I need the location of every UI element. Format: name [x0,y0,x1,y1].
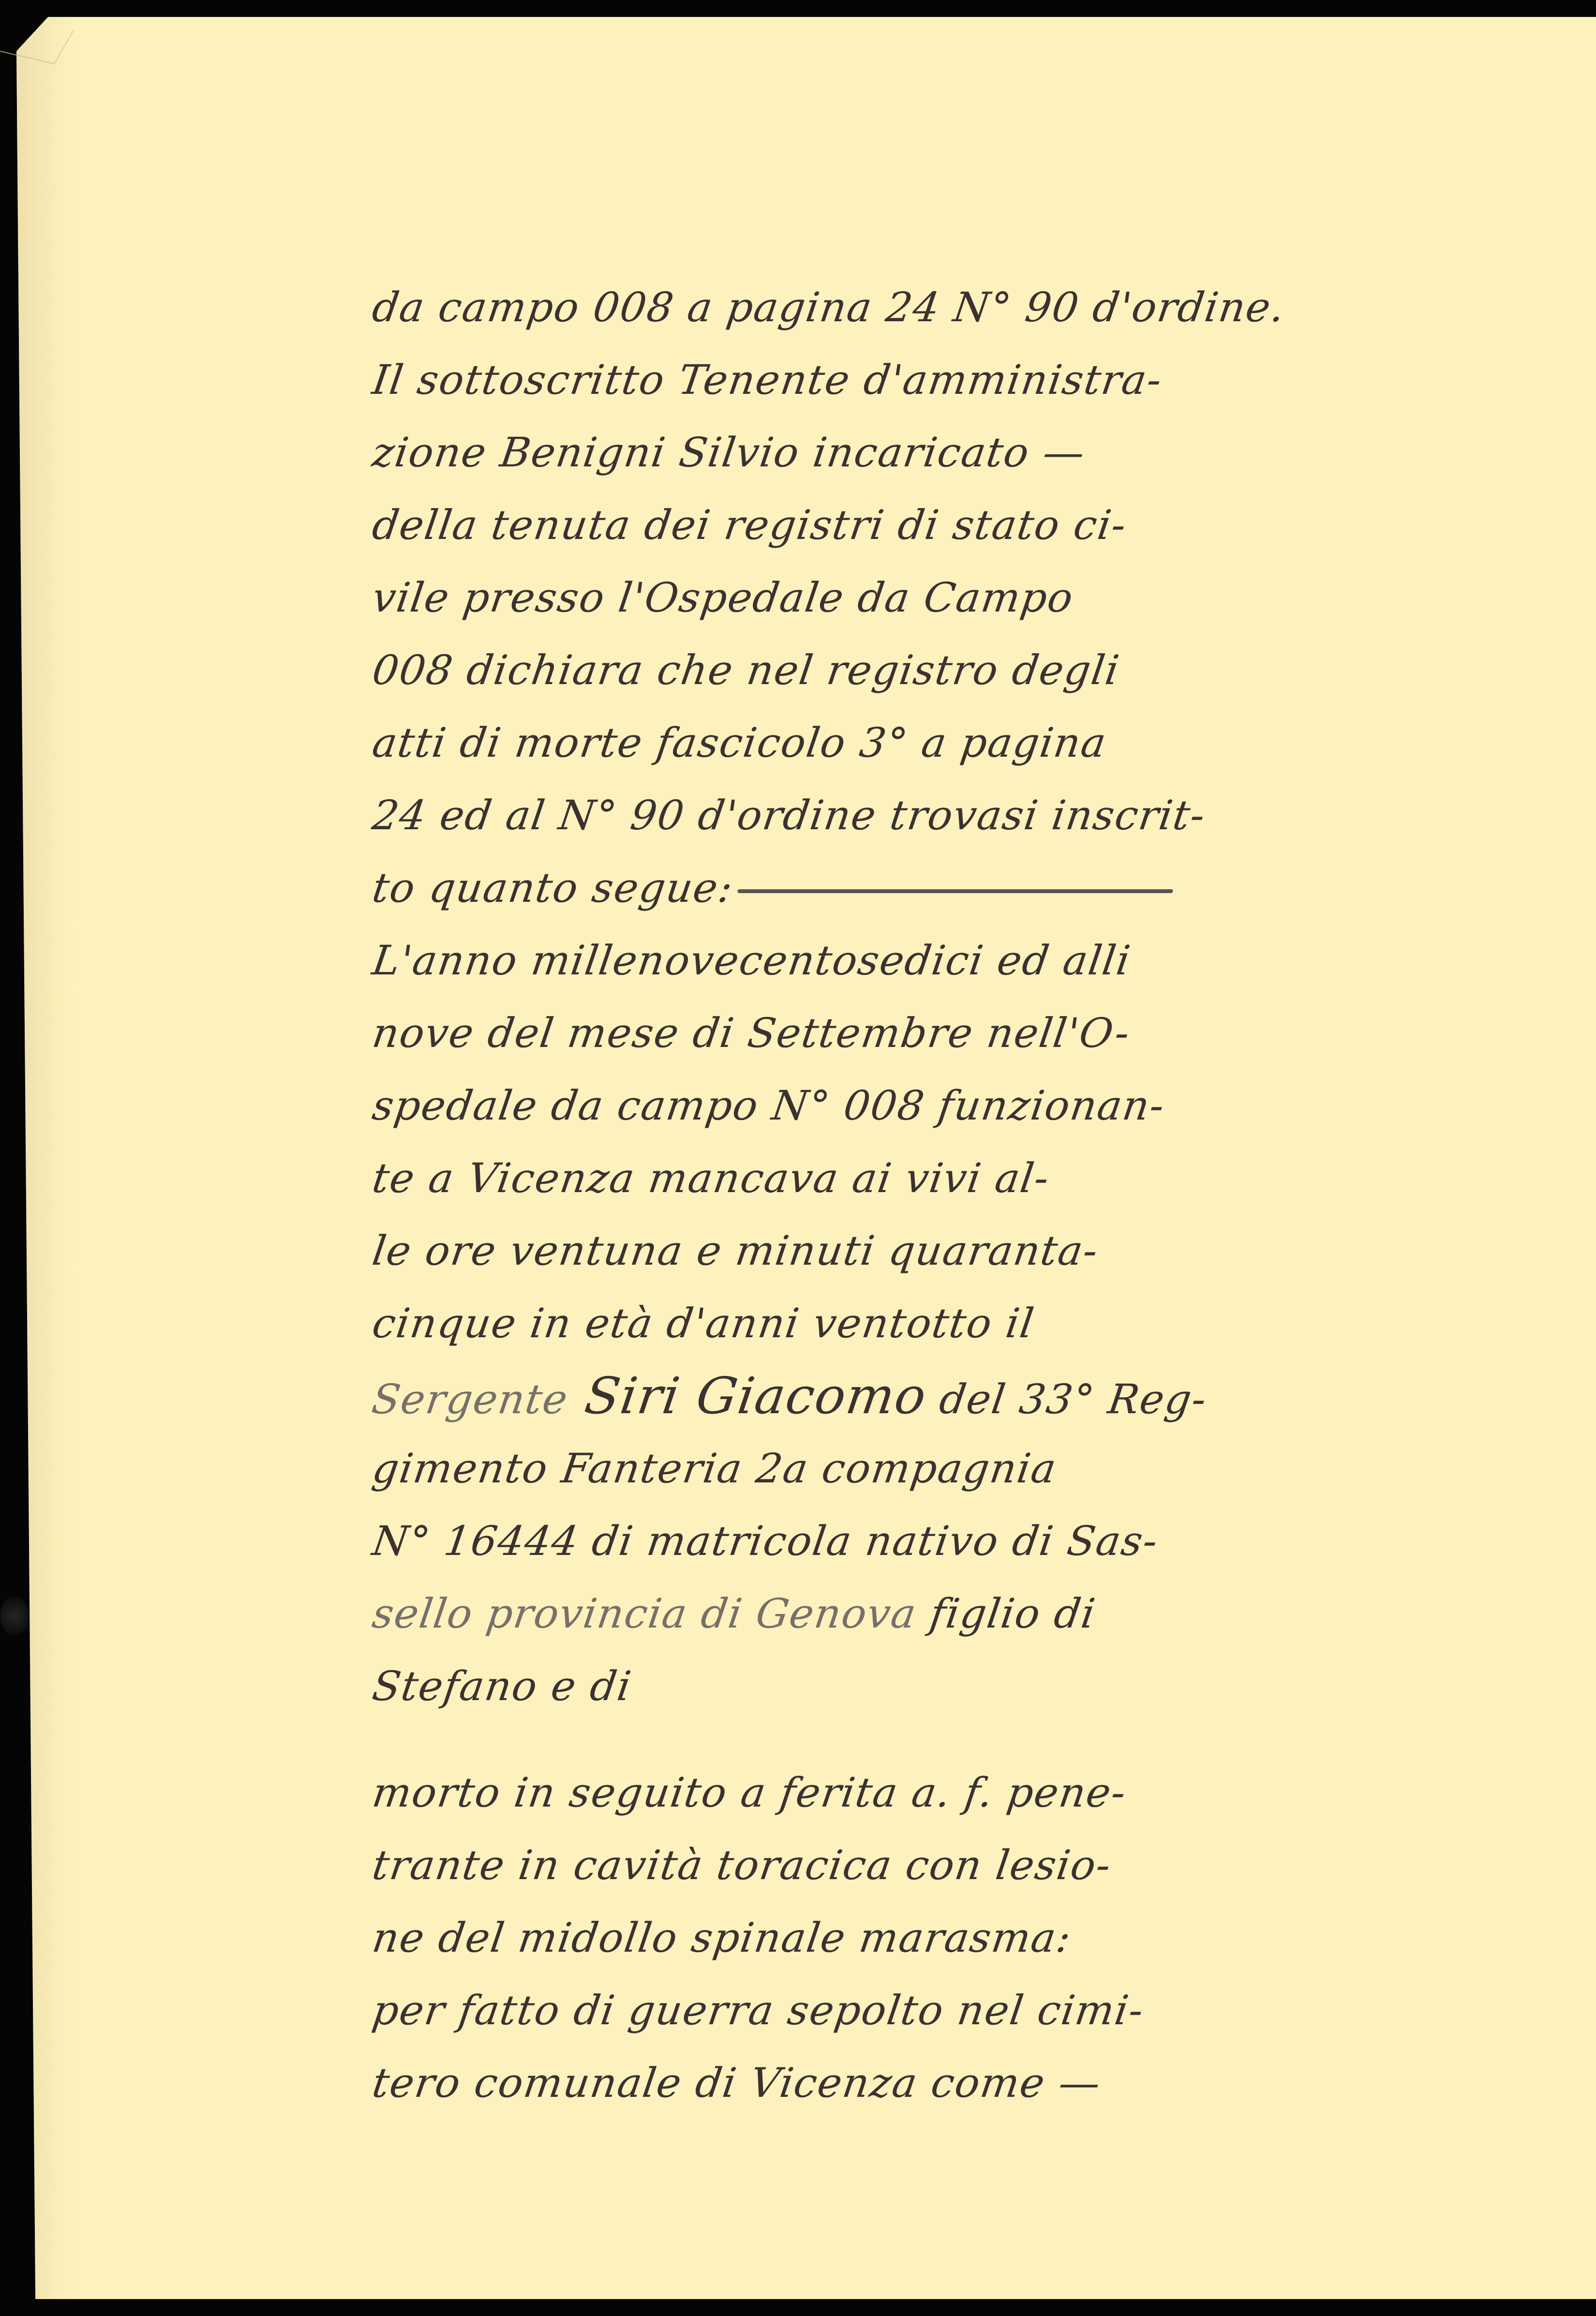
text-line: zione Benigni Silvio incaricato — [368,416,1466,489]
line-text: L'anno millenovecentosedici ed alli [370,937,1134,984]
handwritten-text-block: da campo 008 a pagina 24 N° 90 d'ordine.… [368,271,1456,2119]
line-text: to quanto segue: [370,864,737,911]
line-text: della tenuta dei registri di stato ci- [370,501,1130,549]
line-text: atti di morte fascicolo 3° a pagina [370,719,1110,766]
line-text: figlio di [913,1590,1099,1637]
rank-field: Sergente [369,1375,571,1423]
line-text: le ore ventuna e minuti quaranta- [370,1227,1102,1274]
text-line: to quanto segue: [368,852,1466,924]
text-line: da campo 008 a pagina 24 N° 90 d'ordine. [368,271,1466,344]
line-text: vile presso l'Ospedale da Campo [370,574,1077,621]
line-text: spedale da campo N° 008 funzionan- [370,1082,1168,1129]
text-line: della tenuta dei registri di stato ci- [368,489,1466,561]
line-text: per fatto di guerra sepolto nel cimi- [370,1987,1147,2034]
text-line: spedale da campo N° 008 funzionan- [368,1069,1466,1142]
name-field: Siri Giacomo [564,1366,930,1425]
birthplace-field: sello provincia di Genova [370,1590,920,1637]
text-line: Sergente Siri Giacomo del 33° Reg- [368,1360,1466,1432]
text-line: trante in cavità toracica con lesio- [368,1829,1466,1901]
text-line: Stefano e di [368,1650,1466,1722]
text-line: L'anno millenovecentosedici ed alli [368,924,1466,997]
line-text: te a Vicenza mancava ai vivi al- [370,1154,1053,1202]
text-line: sello provincia di Genova figlio di [368,1577,1466,1650]
text-line: N° 16444 di matricola nativo di Sas- [368,1505,1466,1577]
text-line: atti di morte fascicolo 3° a pagina [368,706,1466,779]
text-line: le ore ventuna e minuti quaranta- [368,1214,1466,1287]
line-text: zione Benigni Silvio incaricato — [370,429,1089,476]
text-line: nove del mese di Settembre nell'O- [368,997,1466,1069]
line-text: Il sottoscritto Tenente d'amministra- [370,356,1165,403]
line-text: 24 ed al N° 90 d'ordine trovasi inscrit- [370,792,1209,839]
fill-rule-line [737,889,1173,893]
text-line: tero comunale di Vicenza come — [368,2047,1466,2119]
text-line: 24 ed al N° 90 d'ordine trovasi inscrit- [368,779,1466,852]
line-text: del 33° Reg- [923,1375,1210,1423]
line-text: da campo 008 a pagina 24 N° 90 d'ordine. [370,284,1288,331]
line-text: nove del mese di Settembre nell'O- [370,1009,1134,1057]
line-text: tero comunale di Vicenza come — [370,2059,1104,2107]
text-line: Il sottoscritto Tenente d'amministra- [368,344,1466,416]
text-line: cinque in età d'anni ventotto il [368,1287,1466,1360]
text-line: vile presso l'Ospedale da Campo [368,561,1466,634]
line-text: trante in cavità toracica con lesio- [370,1841,1115,1889]
line-text: gimento Fanteria 2a compagnia [370,1445,1060,1492]
text-line: morto in seguito a ferita a. f. pene- [368,1756,1466,1829]
edge-stain [0,1597,29,1635]
line-text: cinque in età d'anni ventotto il [370,1300,1038,1347]
line-text: morto in seguito a ferita a. f. pene- [370,1769,1130,1816]
blank-line [368,1722,1461,1756]
parents-field: Stefano e di [370,1662,635,1710]
text-line: te a Vicenza mancava ai vivi al- [368,1142,1466,1214]
text-line: per fatto di guerra sepolto nel cimi- [368,1974,1466,2047]
line-text: 008 dichiara che nel registro degli [370,646,1123,694]
text-line: 008 dichiara che nel registro degli [368,634,1466,706]
text-line: gimento Fanteria 2a compagnia [368,1432,1466,1505]
line-text: N° 16444 di matricola nativo di Sas- [370,1517,1162,1565]
text-line: ne del midollo spinale marasma: [368,1901,1466,1974]
line-text: ne del midollo spinale marasma: [370,1914,1075,1961]
